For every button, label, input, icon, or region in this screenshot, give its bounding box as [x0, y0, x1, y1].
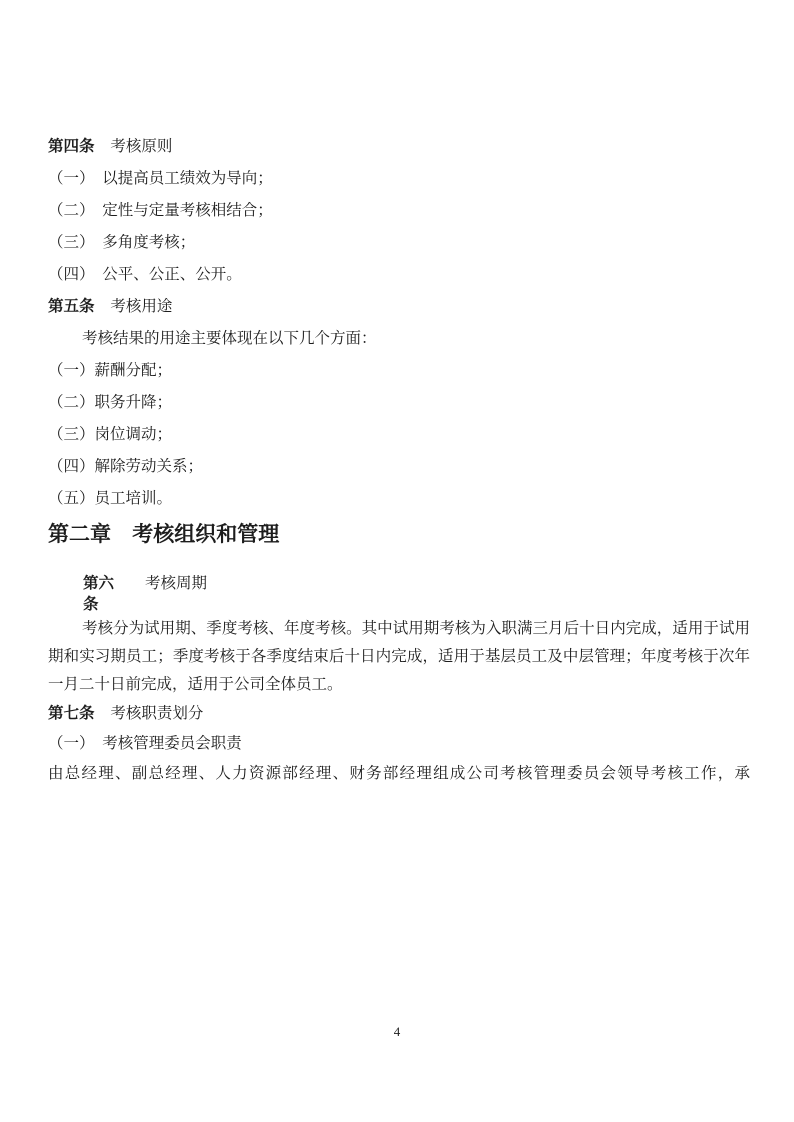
article-4-item-3: （三） 多角度考核； — [48, 227, 750, 259]
article-7-body: 由总经理、副总经理、人力资源部经理、财务部经理组成公司考核管理委员会领导考核工作… — [48, 759, 750, 789]
chapter-2-heading: 第二章 考核组织和管理 — [48, 515, 750, 553]
document-page: 第四条 考核原则 （一） 以提高员工绩效为导向； （二） 定性与定量考核相结合；… — [0, 0, 794, 1122]
article-5-intro: 考核结果的用途主要体现在以下几个方面： — [48, 323, 750, 355]
article-7-sub-item: （一） 考核管理委员会职责 — [48, 729, 750, 759]
article-5-title: 考核用途 — [110, 298, 172, 315]
article-7-number: 第七条 — [48, 705, 95, 722]
article-4-item-4: （四） 公平、公正、公开。 — [48, 259, 750, 291]
article-6-body: 考核分为试用期、季度考核、年度考核。其中试用期考核为入职满三月后十日内完成，适用… — [48, 615, 750, 699]
chapter-2-title: 考核组织和管理 — [132, 522, 279, 546]
article-5-item-1: （一）薪酬分配； — [48, 355, 750, 387]
article-4-title: 考核原则 — [110, 138, 172, 155]
article-4-heading: 第四条 考核原则 — [48, 131, 750, 163]
article-7-title: 考核职责划分 — [110, 705, 203, 722]
article-7-heading: 第七条 考核职责划分 — [48, 699, 750, 729]
article-5-item-4: （四）解除劳动关系； — [48, 451, 750, 483]
article-6-heading: 第六条 考核周期 — [83, 573, 750, 615]
article-5-item-5: （五）员工培训。 — [48, 483, 750, 515]
article-5-number: 第五条 — [48, 298, 95, 315]
article-4-item-1: （一） 以提高员工绩效为导向； — [48, 163, 750, 195]
article-4-item-2: （二） 定性与定量考核相结合； — [48, 195, 750, 227]
document-content: 第四条 考核原则 （一） 以提高员工绩效为导向； （二） 定性与定量考核相结合；… — [48, 0, 750, 789]
article-6-number: 第六条 — [83, 573, 123, 615]
article-5-item-3: （三）岗位调动； — [48, 419, 750, 451]
article-4-number: 第四条 — [48, 138, 95, 155]
article-5-item-2: （二）职务升降； — [48, 387, 750, 419]
page-number: 4 — [0, 1022, 794, 1042]
article-6-title: 考核周期 — [145, 573, 207, 594]
chapter-2-number: 第二章 — [48, 522, 111, 546]
article-5-heading: 第五条 考核用途 — [48, 291, 750, 323]
